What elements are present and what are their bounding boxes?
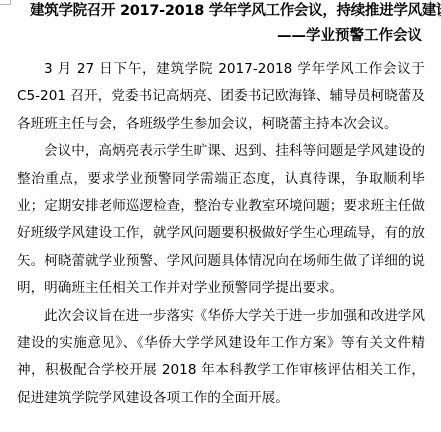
document-title: 建筑学院召开 2017-2018 学年学风工作会议，持续推进学风建设 — [30, 1, 441, 21]
paragraph-meeting-content: 会议中，高炳亮表示学生旷课、迟到、挂科等问题是学风建设的整治重点，要求学业预警同… — [17, 138, 425, 302]
paragraph-meeting-purpose: 此次会议旨在进一步落实《华侨大学关于进一步加强和改进学风建设的实施意见》、《华侨… — [17, 303, 425, 413]
document-subtitle: ——学业预警工作会议 — [277, 26, 422, 46]
document-body: 3 月 27 日下午，建筑学院 2017-2018 学年学风工作会议于 C5-2… — [17, 56, 425, 412]
page-corner-mark-left — [0, 0, 11, 5]
paragraph-meeting-info: 3 月 27 日下午，建筑学院 2017-2018 学年学风工作会议于 C5-2… — [17, 56, 425, 138]
